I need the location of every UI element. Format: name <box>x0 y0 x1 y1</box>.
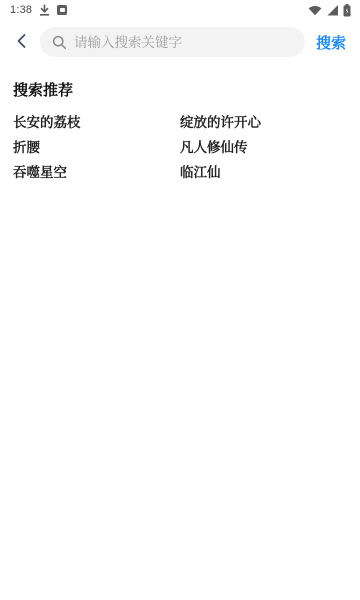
section-title: 搜索推荐 <box>13 79 347 100</box>
recommend-item[interactable]: 折腰 <box>13 141 180 155</box>
recommend-item[interactable]: 吞噬星空 <box>13 166 180 180</box>
chevron-left-icon <box>13 32 31 53</box>
cellular-signal-icon <box>326 5 339 16</box>
download-icon <box>39 4 50 16</box>
search-pill[interactable] <box>40 27 305 57</box>
status-bar-right <box>308 4 351 17</box>
battery-charging-icon <box>343 4 351 17</box>
back-button[interactable] <box>8 28 36 56</box>
status-bar: 1:38 <box>0 0 360 20</box>
search-input[interactable] <box>74 35 293 50</box>
recommend-grid: 长安的荔枝 绽放的许开心 折腰 凡人修仙传 吞噬星空 临江仙 <box>13 116 347 180</box>
magnifier-icon <box>52 35 67 50</box>
recommend-item[interactable]: 长安的荔枝 <box>13 116 180 130</box>
search-recommend-section: 搜索推荐 长安的荔枝 绽放的许开心 折腰 凡人修仙传 吞噬星空 临江仙 <box>0 65 360 180</box>
search-header: 搜索 <box>0 20 360 65</box>
notification-app-icon <box>57 5 67 15</box>
status-time: 1:38 <box>10 4 32 16</box>
search-button[interactable]: 搜索 <box>308 30 348 55</box>
recommend-item[interactable]: 临江仙 <box>180 166 347 180</box>
wifi-icon <box>308 5 322 16</box>
status-bar-left: 1:38 <box>10 4 308 16</box>
recommend-item[interactable]: 绽放的许开心 <box>180 116 347 130</box>
recommend-item[interactable]: 凡人修仙传 <box>180 141 347 155</box>
